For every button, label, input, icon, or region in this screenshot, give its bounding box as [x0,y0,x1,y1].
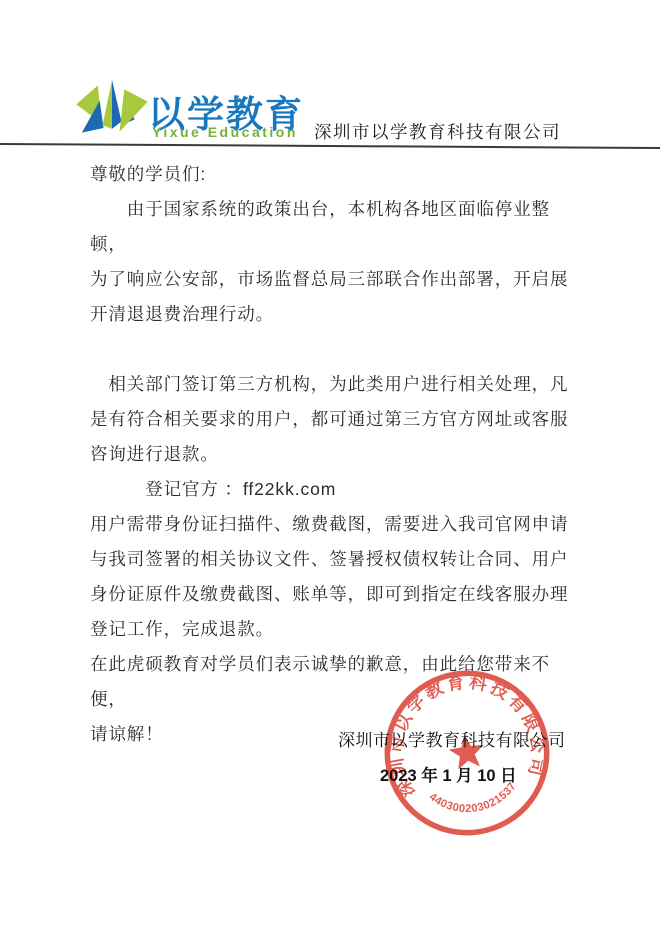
letter-body: 尊敬的学员们: 由于国家系统的政策出台，本机构各地区面临停业整顿， 为了响应公安… [90,157,584,752]
signature-company-name: 深圳市以学教育科技有限公司 [338,726,566,751]
company-seal-stamp: 深圳市以学教育科技有限公司 440300203021537 [379,665,555,841]
logo-name-en: Yixue Education [152,124,298,140]
yixue-logo-icon [74,78,150,144]
paragraph-thirdparty: 相关部门签订第三方机构，为此类用户进行相关处理，凡 是有符合相关要求的用户，都可… [90,367,584,472]
paragraph-procedure: 用户需带身份证扫描件、缴费截图，需要进入我司官网申请 与我司签署的相关协议文件、… [90,507,584,647]
paragraph-policy: 由于国家系统的政策出台，本机构各地区面临停业整顿， 为了响应公安部，市场监督总局… [90,192,584,332]
paragraph-official-site: 登记官方 ：ff22kk.com [90,472,584,507]
salutation: 尊敬的学员们: [90,157,584,192]
signature-date: 2023 年 1 月 10 日 [380,762,517,786]
header-company-name: 深圳市以学教育科技有限公司 [314,119,561,144]
letter-page: 以学教育 Yixue Education 深圳市以学教育科技有限公司 尊敬的学员… [0,0,660,933]
